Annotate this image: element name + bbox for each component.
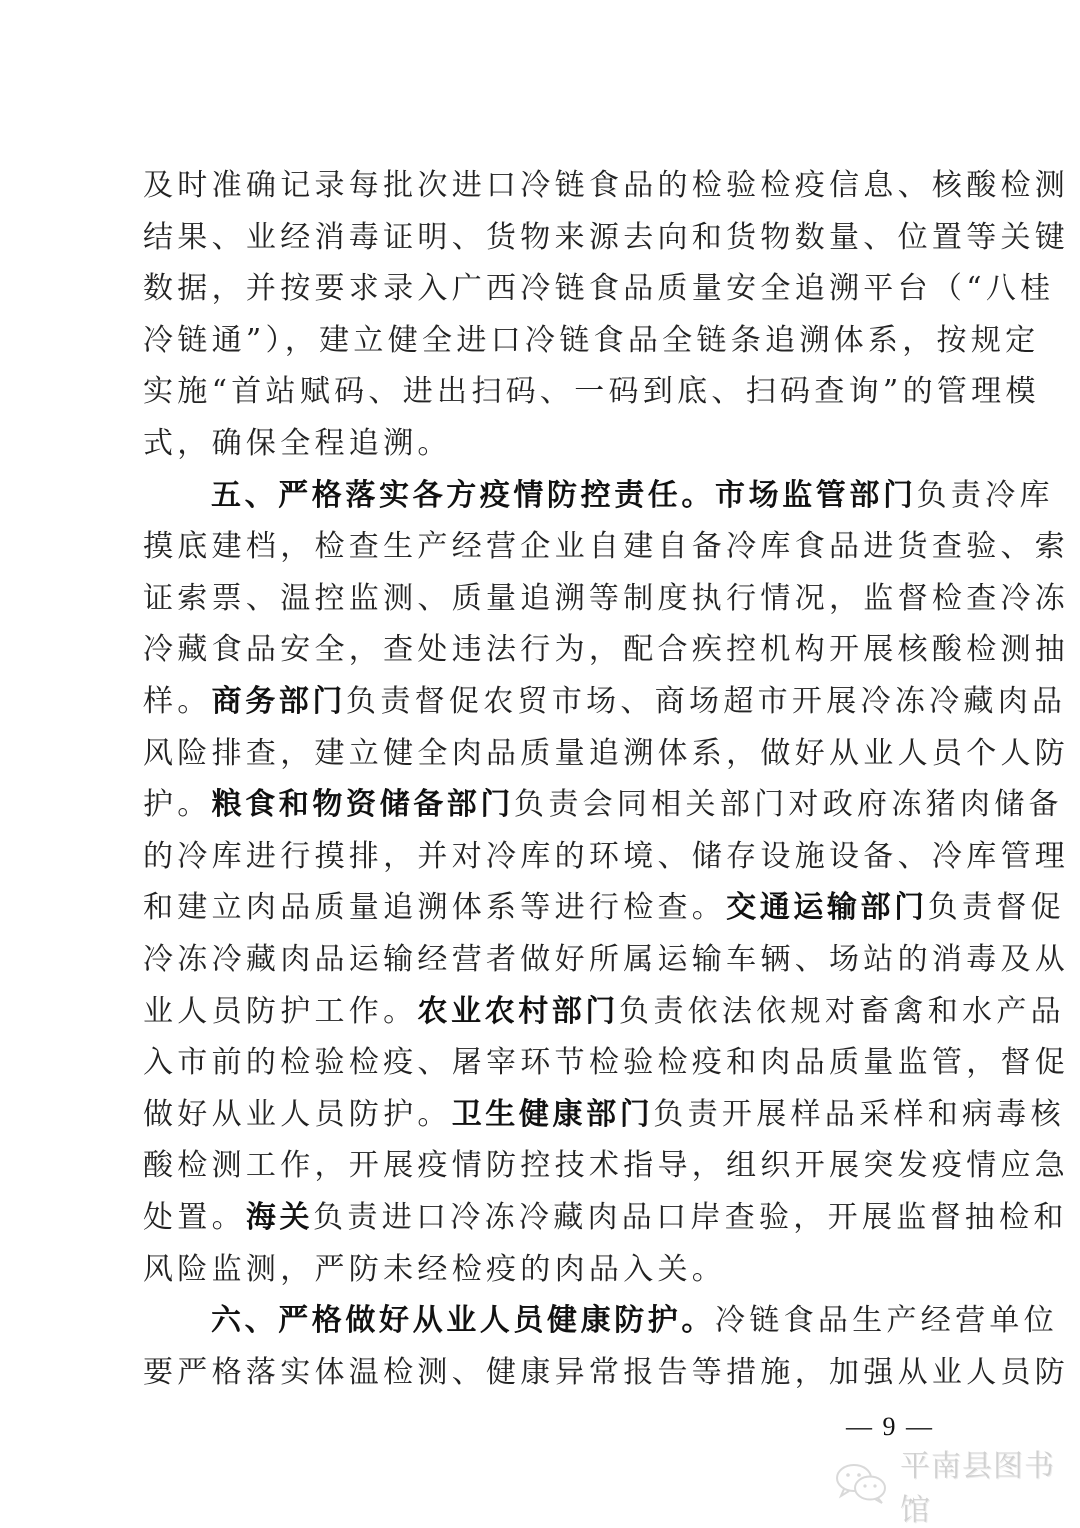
bold-term: 农业农村部门 <box>417 994 619 1029</box>
bold-term: 交通运输部门 <box>726 890 928 925</box>
body-text-line: 酸检测工作，开展疫情防控技术指导，组织开展突发疫情应急 <box>143 1146 943 1186</box>
page-number: — 9 — <box>846 1410 934 1444</box>
text-segment: 冷链食品生产经营单位 <box>715 1303 1058 1338</box>
body-text-line: 证索票、温控监测、质量追溯等制度执行情况，监督检查冷冻 <box>143 579 943 619</box>
text-segment: 式，确保全程追溯。 <box>143 426 452 461</box>
text-segment: 及时准确记录每批次进口冷链食品的检验检疫信息、核酸检测 <box>143 168 1069 203</box>
text-segment: 负责会同相关部门对政府冻猪肉储备 <box>514 787 1063 822</box>
body-text-line: 风险监测，严防未经检疫的肉品入关。 <box>143 1250 943 1290</box>
body-text-line: 要严格落实体温检测、健康异常报告等措施，加强从业人员防 <box>143 1353 943 1393</box>
text-segment: 负责进口冷冻冷藏肉品口岸查验，开展监督抽检和 <box>313 1200 1068 1235</box>
text-segment: 风险监测，严防未经检疫的肉品入关。 <box>143 1252 726 1287</box>
document-page: 及时准确记录每批次进口冷链食品的检验检疫信息、核酸检测结果、业经消毒证明、货物来… <box>0 0 1080 1528</box>
wechat-icon <box>834 1461 890 1509</box>
body-text-line: 样。商务部门负责督促农贸市场、商场超市开展冷冻冷藏肉品 <box>143 682 943 722</box>
body-text-line: 入市前的检验检疫、屠宰环节检验检疫和肉品质量监管，督促 <box>143 1043 943 1083</box>
text-segment: 冷链通”），建立健全进口冷链食品全链条追溯体系，按规定 <box>143 323 1039 358</box>
text-segment: 护。 <box>143 787 212 822</box>
text-segment: 实施“首站赋码、进出扫码、一码到底、扫码查询”的管理模 <box>143 374 1040 409</box>
text-segment: 要严格落实体温检测、健康异常报告等措施，加强从业人员防 <box>143 1355 1069 1390</box>
text-segment: 负责督促 <box>928 890 1065 925</box>
watermark-text: 平南县图书馆 <box>900 1441 1080 1528</box>
body-text-line: 冷冻冷藏肉品运输经营者做好所属运输车辆、场站的消毒及从 <box>143 940 943 980</box>
section-heading-line: 五、严格落实各方疫情防控责任。市场监管部门负责冷库 <box>211 476 1011 516</box>
bold-term: 粮食和物资储备部门 <box>212 787 514 822</box>
body-text-line: 业人员防护工作。农业农村部门负责依法依规对畜禽和水产品 <box>143 992 943 1032</box>
text-segment: 业人员防护工作。 <box>143 994 417 1029</box>
body-text-line: 处置。海关负责进口冷冻冷藏肉品口岸查验，开展监督抽检和 <box>143 1198 943 1238</box>
body-text-line: 结果、业经消毒证明、货物来源去向和货物数量、位置等关键 <box>143 218 943 258</box>
text-segment: 入市前的检验检疫、屠宰环节检验检疫和肉品质量监管，督促 <box>143 1045 1069 1080</box>
body-text-line: 风险排查，建立健全肉品质量追溯体系，做好从业人员个人防 <box>143 734 943 774</box>
text-segment: 做好从业人员防护。 <box>143 1097 452 1132</box>
watermark: 平南县图书馆 <box>834 1460 1080 1510</box>
body-text-line: 数据，并按要求录入广西冷链食品质量安全追溯平台（“八桂 <box>143 269 943 309</box>
text-segment: 结果、业经消毒证明、货物来源去向和货物数量、位置等关键 <box>143 220 1069 255</box>
text-segment: 负责督促农贸市场、商场超市开展冷冻冷藏肉品 <box>346 684 1066 719</box>
text-segment: 冷冻冷藏肉品运输经营者做好所属运输车辆、场站的消毒及从 <box>143 942 1069 977</box>
text-segment: 和建立肉品质量追溯体系等进行检查。 <box>143 890 726 925</box>
body-text-line: 及时准确记录每批次进口冷链食品的检验检疫信息、核酸检测 <box>143 166 943 206</box>
text-segment: 数据，并按要求录入广西冷链食品质量安全追溯平台（“八桂 <box>143 271 1054 306</box>
text-segment: 处置。 <box>143 1200 246 1235</box>
text-segment: 酸检测工作，开展疫情防控技术指导，组织开展突发疫情应急 <box>143 1148 1069 1183</box>
body-text-line: 式，确保全程追溯。 <box>143 424 943 464</box>
bold-term: 卫生健康部门 <box>452 1097 654 1132</box>
bold-term: 海关 <box>246 1200 313 1235</box>
text-segment: 负责冷库 <box>917 478 1054 513</box>
body-text-line: 做好从业人员防护。卫生健康部门负责开展样品采样和病毒核 <box>143 1095 943 1135</box>
body-text-line: 护。粮食和物资储备部门负责会同相关部门对政府冻猪肉储备 <box>143 785 943 825</box>
text-segment: 负责依法依规对畜禽和水产品 <box>619 994 1065 1029</box>
body-text-line: 冷链通”），建立健全进口冷链食品全链条追溯体系，按规定 <box>143 321 943 361</box>
body-text-line: 冷藏食品安全，查处违法行为，配合疾控机构开展核酸检测抽 <box>143 630 943 670</box>
text-segment: 负责开展样品采样和病毒核 <box>653 1097 1065 1132</box>
body-text-line: 实施“首站赋码、进出扫码、一码到底、扫码查询”的管理模 <box>143 372 943 412</box>
text-segment: 冷藏食品安全，查处违法行为，配合疾控机构开展核酸检测抽 <box>143 632 1069 667</box>
body-text-line: 和建立肉品质量追溯体系等进行检查。交通运输部门负责督促 <box>143 888 943 928</box>
bold-term: 商务部门 <box>212 684 346 719</box>
section-heading-line: 六、严格做好从业人员健康防护。冷链食品生产经营单位 <box>211 1301 1011 1341</box>
body-text-line: 的冷库进行摸排，并对冷库的环境、储存设施设备、冷库管理 <box>143 837 943 877</box>
text-segment: 样。 <box>143 684 212 719</box>
text-segment: 的冷库进行摸排，并对冷库的环境、储存设施设备、冷库管理 <box>143 839 1069 874</box>
text-segment: 摸底建档，检查生产经营企业自建自备冷库食品进货查验、索 <box>143 529 1069 564</box>
body-text-line: 摸底建档，检查生产经营企业自建自备冷库食品进货查验、索 <box>143 527 943 567</box>
bold-term: 六、严格做好从业人员健康防护。 <box>211 1303 715 1338</box>
bold-term: 五、严格落实各方疫情防控责任。市场监管部门 <box>211 478 917 513</box>
text-segment: 风险排查，建立健全肉品质量追溯体系，做好从业人员个人防 <box>143 736 1069 771</box>
text-segment: 证索票、温控监测、质量追溯等制度执行情况，监督检查冷冻 <box>143 581 1069 616</box>
